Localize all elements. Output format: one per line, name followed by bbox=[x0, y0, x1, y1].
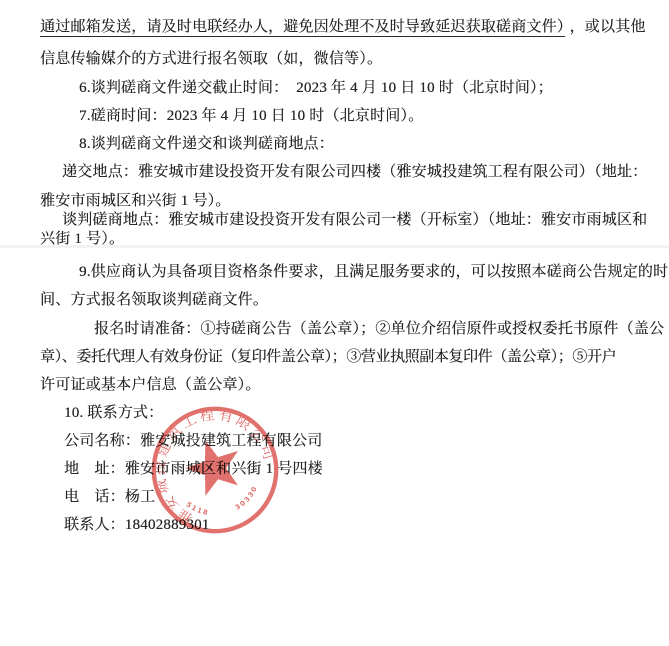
mail-notice-rest-text: ，或以其他 bbox=[570, 19, 646, 35]
registration-materials-line-2: 章）、委托代理人有效身份证（复印件盖公章）；③营业执照副本复印件（盖公章）；⑤开… bbox=[40, 349, 616, 365]
mail-notice-line-2: 信息传输媒介的方式进行报名领取（如，微信等）。 bbox=[40, 51, 382, 67]
negotiation-location-line-1: 谈判磋商地点：雅安城市建设投资开发有限公司一楼（开标室）（地址：雅安市雨城区和 bbox=[62, 212, 647, 228]
scan-artifact-band bbox=[0, 245, 669, 248]
supplier-eligibility-line-1: 9.供应商认为具备项目资格条件要求，且满足服务要求的，可以按照本磋商公告规定的时 bbox=[79, 264, 668, 280]
submit-location-line-2: 雅安市雨城区和兴街 1 号）。 bbox=[40, 193, 231, 209]
registration-materials-line-3: 许可证或基本户信息（盖公章）。 bbox=[40, 377, 261, 393]
phone-line: 电 话：杨工 bbox=[64, 489, 155, 505]
company-seal: 雅安城投建筑工程有限公司 5118 30330 bbox=[147, 400, 283, 540]
location-heading-item: 8.谈判磋商文件递交和谈判磋商地点： bbox=[79, 136, 334, 152]
deadline-item: 6.谈判磋商文件递交截止时间： 2023 年 4 月 10 日 10 时（北京时… bbox=[79, 80, 553, 96]
document-page: 通过邮箱发送，请及时电联经办人，避免因处理不及时导致延迟获取磋商文件），或以其他… bbox=[0, 0, 669, 646]
seal-code-right: 30330 bbox=[229, 482, 264, 512]
mail-notice-line-1: 通过邮箱发送，请及时电联经办人，避免因处理不及时导致延迟获取磋商文件），或以其他 bbox=[40, 19, 646, 35]
submit-location-line-1: 递交地点：雅安城市建设投资开发有限公司四楼（雅安城投建筑工程有限公司）（地址： bbox=[62, 164, 647, 180]
negotiation-time-item: 7.磋商时间：2023 年 4 月 10 日 10 时（北京时间）。 bbox=[79, 108, 423, 124]
svg-text:30330: 30330 bbox=[229, 482, 264, 512]
mail-notice-underlined-text: 通过邮箱发送，请及时电联经办人，避免因处理不及时导致延迟获取磋商文件） bbox=[40, 19, 565, 37]
supplier-eligibility-line-2: 间、方式报名领取谈判磋商文件。 bbox=[40, 292, 268, 308]
registration-materials-line-1: 报名时请准备：①持磋商公告（盖公章）；②单位介绍信原件或授权委托书原件（盖公 bbox=[94, 321, 664, 337]
seal-star-icon bbox=[179, 432, 248, 499]
